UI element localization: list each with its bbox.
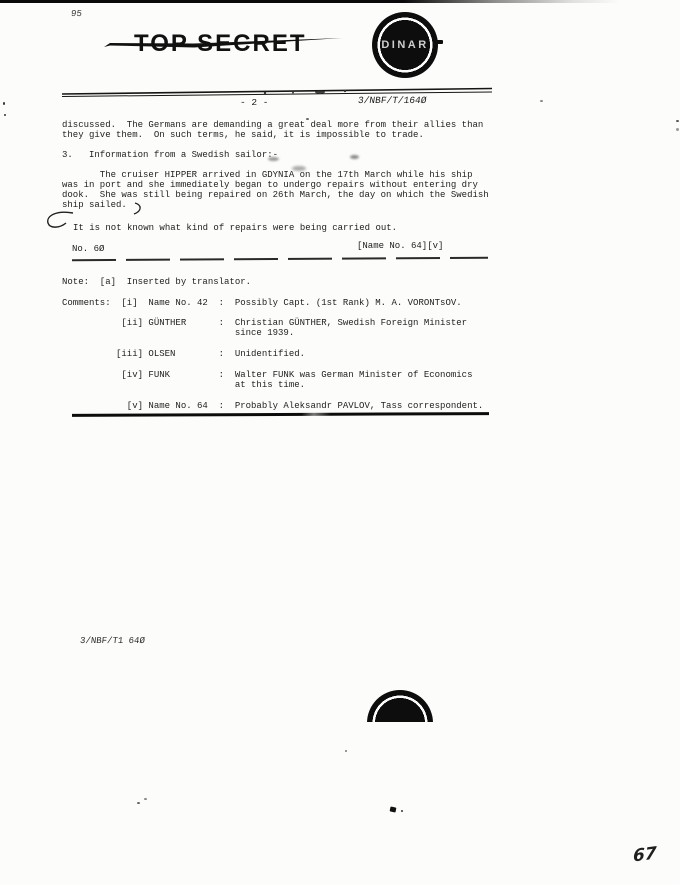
scan-artifact <box>137 802 140 804</box>
strikethrough-line <box>104 34 342 56</box>
scan-artifact <box>292 166 306 171</box>
scan-artifact <box>350 155 359 159</box>
scan-artifact <box>268 157 279 161</box>
reference-number: 3/NBF/T/164Ø <box>357 95 427 106</box>
partial-stamp-circle <box>367 690 433 722</box>
scanned-document-page: 95 TOP SECRET DINAR - 2 - 3/NBF/T/164Ø d… <box>0 0 680 885</box>
page-number: - 2 - <box>240 97 269 108</box>
dinar-stamp-label: DINAR <box>381 39 428 51</box>
handwritten-hook-icon <box>42 209 76 237</box>
scan-artifact <box>345 750 347 752</box>
handwritten-squiggle-icon <box>132 201 146 217</box>
annotation-text: It is not known what kind of repairs wer… <box>73 223 397 233</box>
partial-stamp <box>367 690 435 722</box>
doc-number: No. 6Ø <box>72 244 104 254</box>
scan-edge-line <box>0 0 620 3</box>
name-attribution: [Name No. 64][v] <box>357 241 443 251</box>
scan-artifact <box>144 798 147 800</box>
scan-artifact <box>401 810 403 812</box>
scan-artifact <box>540 100 543 102</box>
scan-artifact <box>390 806 397 812</box>
dashed-divider <box>72 257 488 262</box>
scan-artifact <box>306 118 309 120</box>
stamp-tick-mark <box>436 40 443 44</box>
corner-number: 95 <box>70 9 82 19</box>
scan-artifact <box>676 128 679 131</box>
scan-artifact <box>4 114 6 116</box>
header-rule <box>55 83 500 103</box>
handwritten-page-number: 67 <box>633 843 657 866</box>
notes-text: Note: [a] Inserted by translator. Commen… <box>62 277 483 411</box>
footer-reference: 3/NBF/T1 64Ø <box>79 636 145 646</box>
scan-artifact <box>676 120 679 122</box>
dinar-stamp: DINAR <box>372 12 438 78</box>
scan-artifact <box>3 102 5 105</box>
bottom-rule <box>72 412 489 417</box>
body-text: discussed. The Germans are demanding a g… <box>62 120 489 210</box>
